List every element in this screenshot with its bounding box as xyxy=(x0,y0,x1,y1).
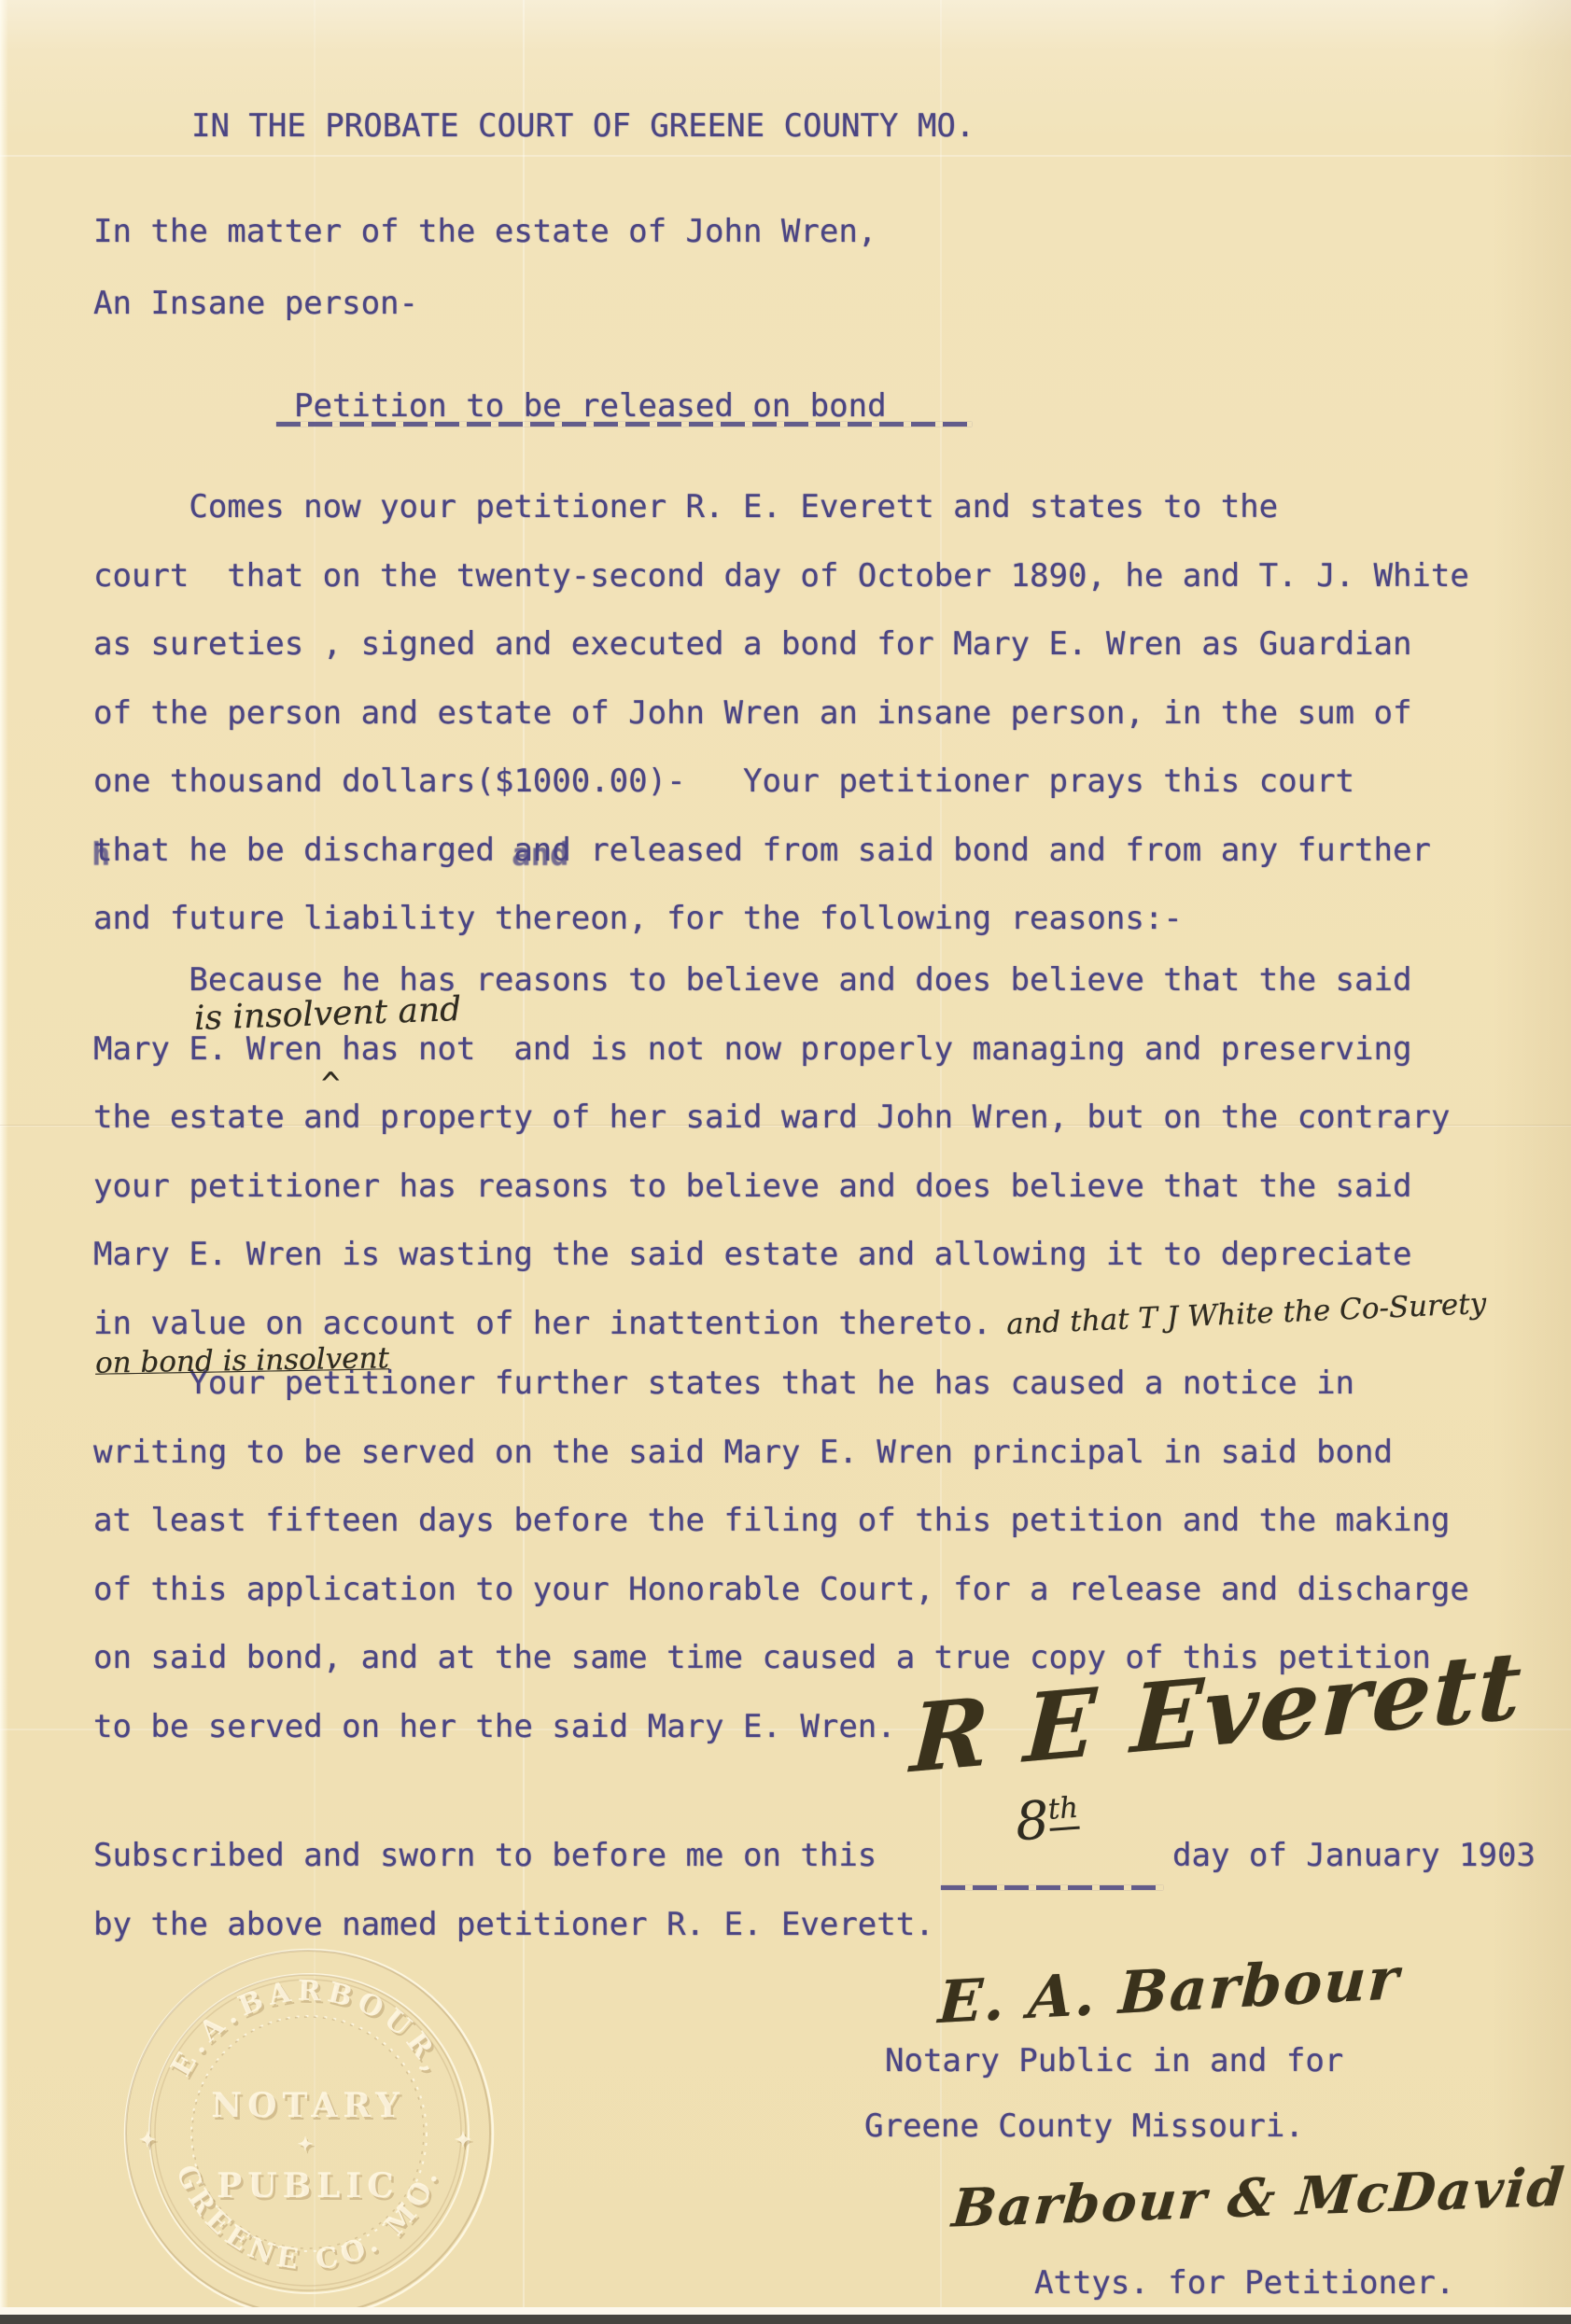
handwritten-day: 8th xyxy=(1014,1788,1081,1854)
scanned-document-page: IN THE PROBATE COURT OF GREENE COUNTY MO… xyxy=(0,0,1571,2324)
fold-line xyxy=(0,155,1571,157)
paragraph-1: Comes now your petitioner R. E. Everett … xyxy=(93,473,1469,954)
svg-text:E.A.BARBOUR,: E.A.BARBOUR, xyxy=(164,1975,451,2082)
scan-edge-dark xyxy=(0,2315,1571,2324)
seal-star-left: ✦ xyxy=(139,2128,161,2152)
day-suffix: th xyxy=(1047,1791,1080,1831)
court-header: IN THE PROBATE COURT OF GREENE COUNTY MO… xyxy=(191,107,975,145)
day-number: 8 xyxy=(1014,1790,1051,1853)
title-underline xyxy=(276,422,972,427)
seal-arc-top: E.A.BARBOUR, xyxy=(164,1975,451,2082)
seal-center1: NOTARY xyxy=(211,2086,405,2125)
case-caption-line1: In the matter of the estate of John Wren… xyxy=(93,213,877,250)
notary-signature: E. A. Barbour xyxy=(936,1944,1402,2037)
seal-ornament: ✦ xyxy=(298,2133,319,2155)
scan-edge-white xyxy=(0,2307,1571,2315)
overstrike-letter: h xyxy=(91,836,110,874)
petition-title: Petition to be released on bond xyxy=(294,387,887,425)
overstrike-word: and xyxy=(512,836,568,874)
jurat-line1-date: day of January 1903 xyxy=(1172,1837,1536,1874)
embossed-notary-seal: E.A.BARBOUR, GREENE CO. MO. NOTARY PUBLI… xyxy=(98,1934,537,2324)
insertion-caret: ^ xyxy=(321,1066,340,1103)
notary-title-line2: Greene County Missouri. xyxy=(864,2107,1304,2145)
seal-center2: PUBLIC xyxy=(217,2166,400,2205)
seal-star-right: ✦ xyxy=(455,2128,477,2152)
jurat-blank-underline xyxy=(941,1885,1163,1890)
jurat-line1-text: Subscribed and sworn to before me on thi… xyxy=(93,1837,877,1874)
handwritten-margin-note-continued: on bond is insolvent xyxy=(95,1341,390,1379)
notary-title-line1: Notary Public in and for xyxy=(885,2042,1343,2079)
attorneys-signature: Barbour & McDavid xyxy=(949,2156,1568,2239)
attorneys-label: Attys. for Petitioner. xyxy=(1034,2264,1454,2302)
case-caption-line2: An Insane person- xyxy=(93,285,418,322)
